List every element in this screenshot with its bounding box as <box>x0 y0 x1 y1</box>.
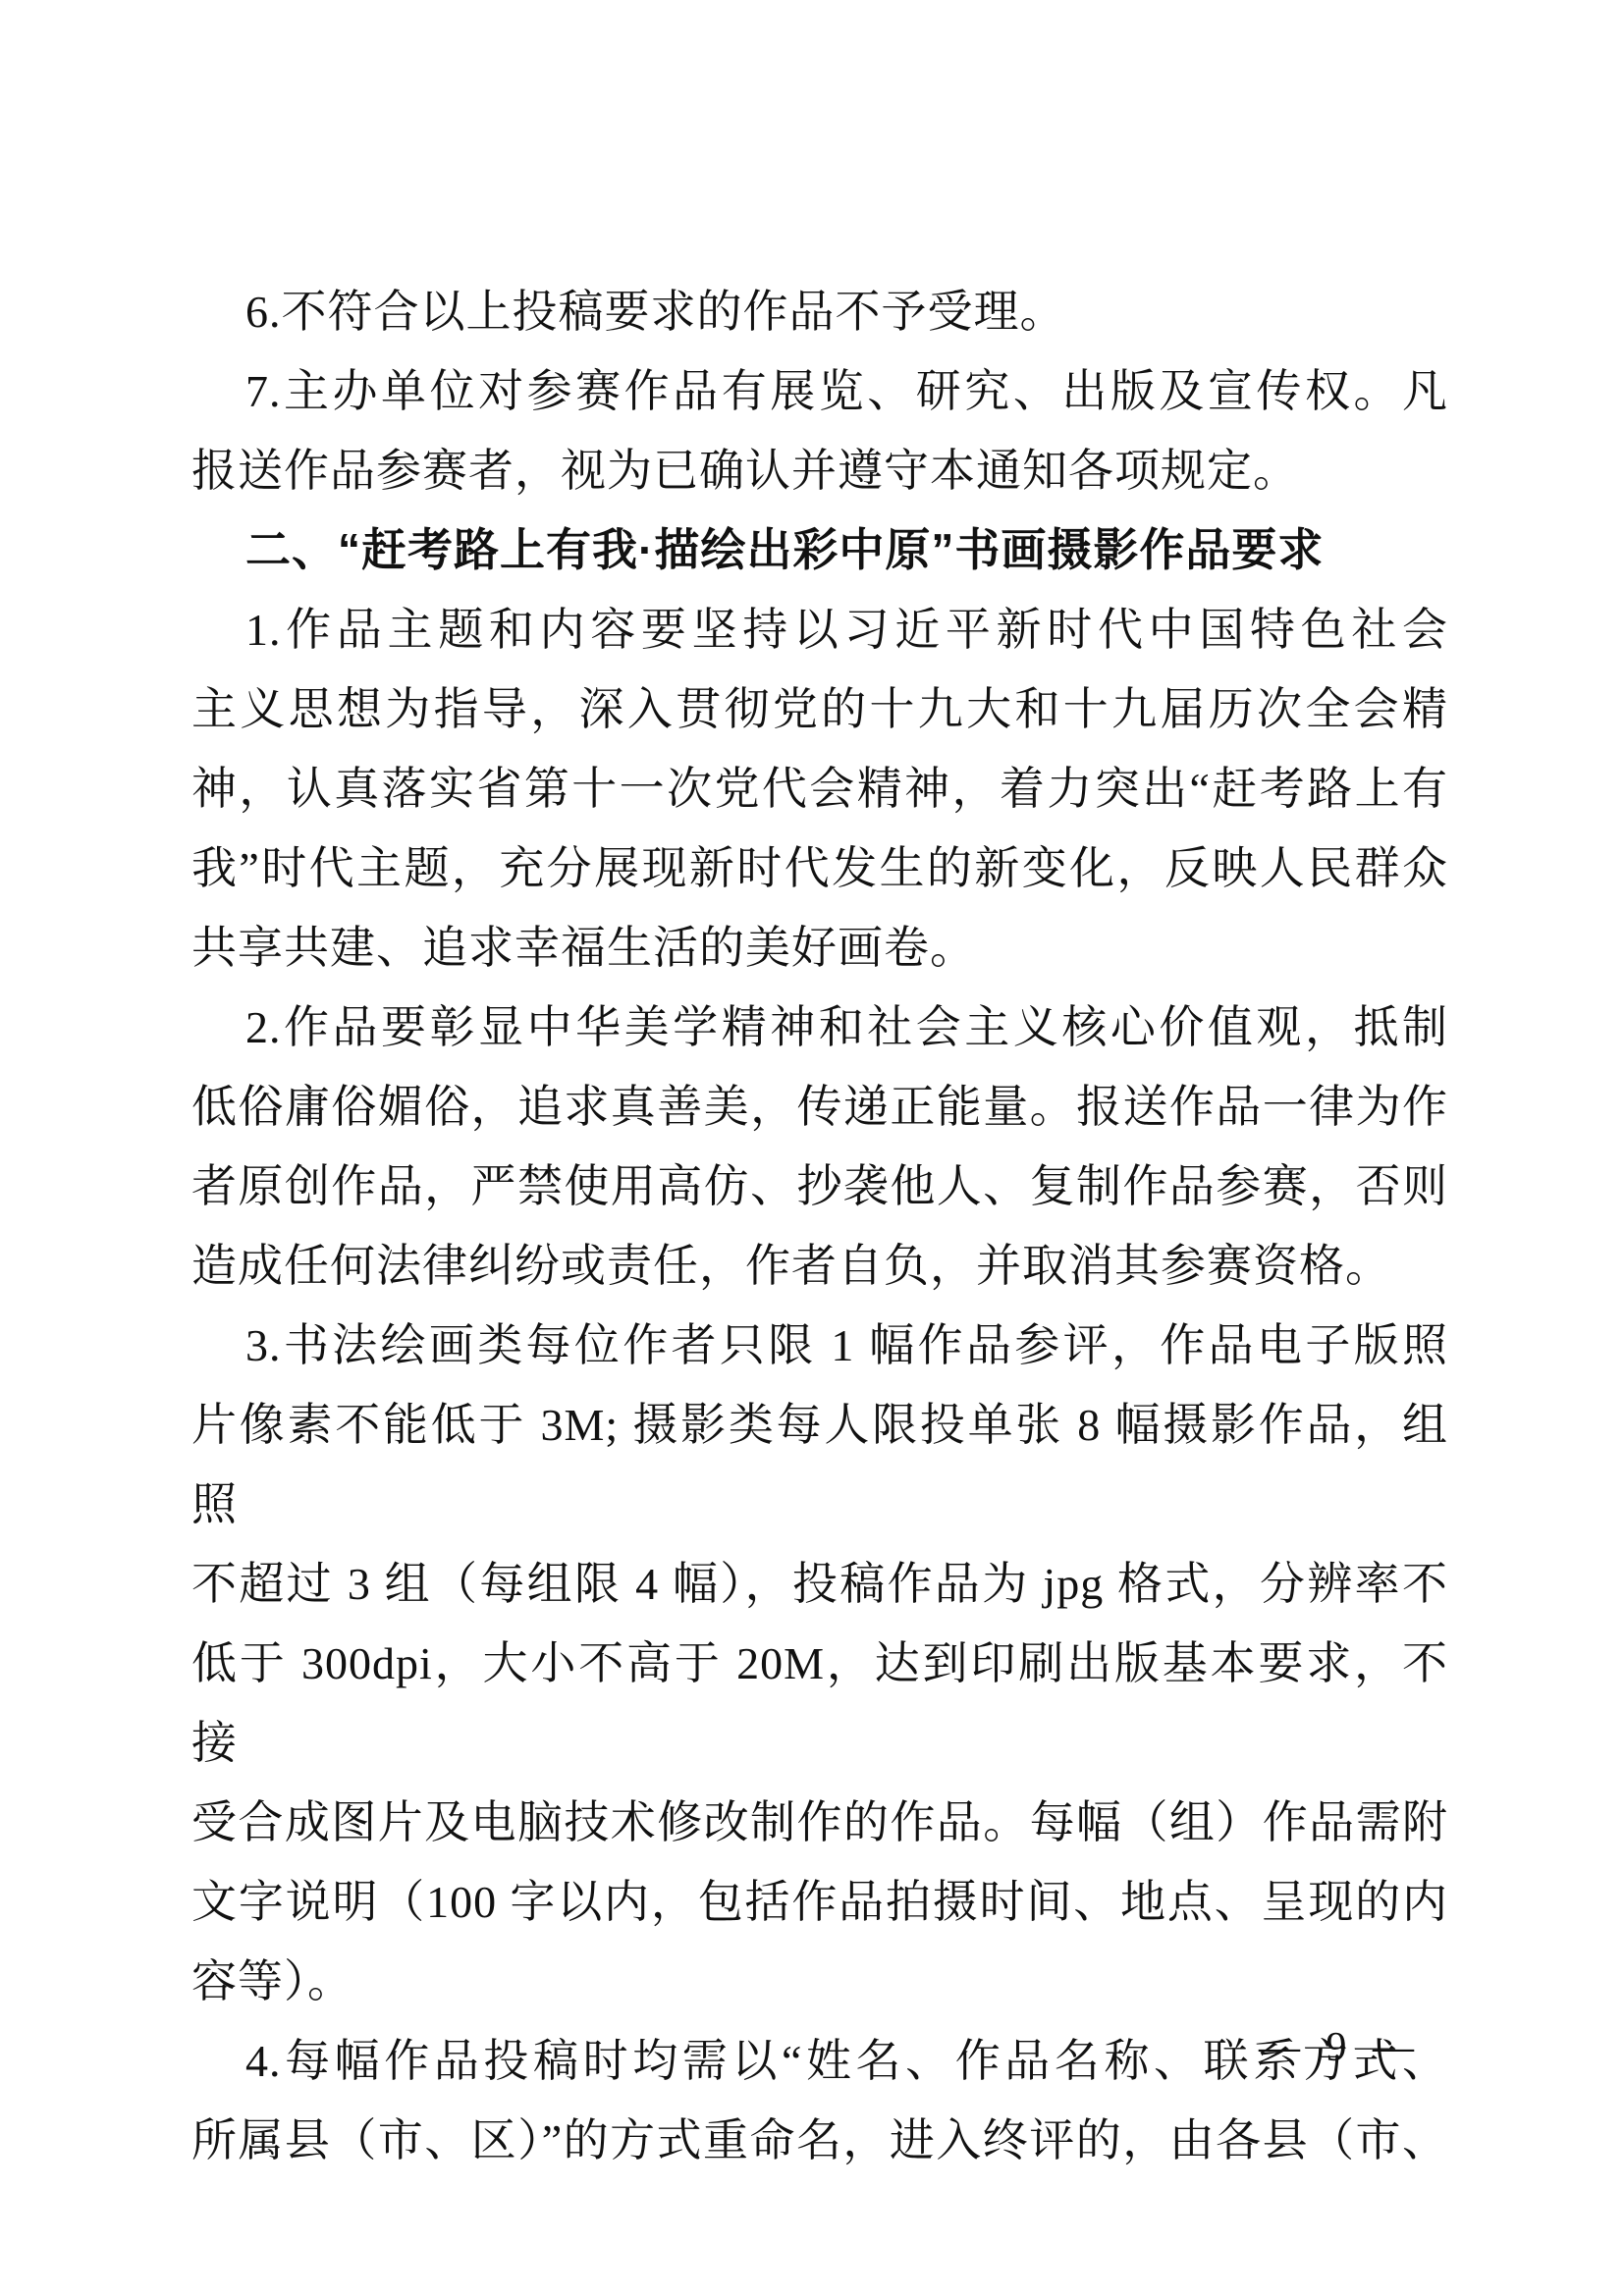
paragraph-line-7-rule-cont: 报送作品参赛者，视为已确认并遵守本通知各项规定。 <box>191 431 1448 510</box>
paragraph-line-7-rule: 7.主办单位对参赛作品有展览、研究、出版及宣传权。凡 <box>191 351 1448 431</box>
paragraph-line-item1-cont: 主义思想为指导，深入贯彻党的十九大和十九届历次全会精 <box>191 669 1448 749</box>
paragraph-line-item3-cont: 不超过 3 组（每组限 4 幅），投稿作品为 jpg 格式，分辨率不 <box>191 1544 1448 1624</box>
paragraph-line-item2-cont: 者原创作品，严禁使用高仿、抄袭他人、复制作品参赛，否则 <box>191 1147 1448 1226</box>
document-body: 6.不符合以上投稿要求的作品不予受理。 7.主办单位对参赛作品有展览、研究、出版… <box>191 272 1448 2180</box>
paragraph-line-item2-cont: 低俗庸俗媚俗，追求真善美，传递正能量。报送作品一律为作 <box>191 1067 1448 1147</box>
document-page: 6.不符合以上投稿要求的作品不予受理。 7.主办单位对参赛作品有展览、研究、出版… <box>0 0 1624 2296</box>
paragraph-line-item1: 1.作品主题和内容要坚持以习近平新时代中国特色社会 <box>191 590 1448 669</box>
paragraph-line-item3-cont: 片像素不能低于 3M; 摄影类每人限投单张 8 幅摄影作品，组照 <box>191 1385 1448 1544</box>
paragraph-line-item3-cont: 受合成图片及电脑技术修改制作的作品。每幅（组）作品需附 <box>191 1783 1448 1862</box>
paragraph-line-item3-cont: 文字说明（100 字以内，包括作品拍摄时间、地点、呈现的内 <box>191 1862 1448 1942</box>
paragraph-line-item3-cont: 低于 300dpi，大小不高于 20M，达到印刷出版基本要求，不接 <box>191 1624 1448 1783</box>
paragraph-line-item1-cont: 我”时代主题，充分展现新时代发生的新变化，反映人民群众 <box>191 828 1448 908</box>
paragraph-line-6-rule: 6.不符合以上投稿要求的作品不予受理。 <box>191 272 1448 351</box>
paragraph-line-item3: 3.书法绘画类每位作者只限 1 幅作品参评，作品电子版照 <box>191 1306 1448 1385</box>
paragraph-line-item2-end: 造成任何法律纠纷或责任，作者自负，并取消其参赛资格。 <box>191 1226 1448 1306</box>
paragraph-line-item2: 2.作品要彰显中华美学精神和社会主义核心价值观，抵制 <box>191 988 1448 1067</box>
paragraph-line-item3-end: 容等）。 <box>191 1942 1448 2021</box>
paragraph-line-item1-cont: 神，认真落实省第十一次党代会精神，着力突出“赶考路上有 <box>191 749 1448 828</box>
paragraph-line-item4-cont: 所属县（市、区）”的方式重命名，进入终评的，由各县（市、 <box>191 2101 1448 2180</box>
page-number: — 9 — <box>1259 2024 1422 2071</box>
section-heading: 二、“赶考路上有我·描绘出彩中原”书画摄影作品要求 <box>191 510 1448 590</box>
paragraph-line-item1-end: 共享共建、追求幸福生活的美好画卷。 <box>191 908 1448 988</box>
